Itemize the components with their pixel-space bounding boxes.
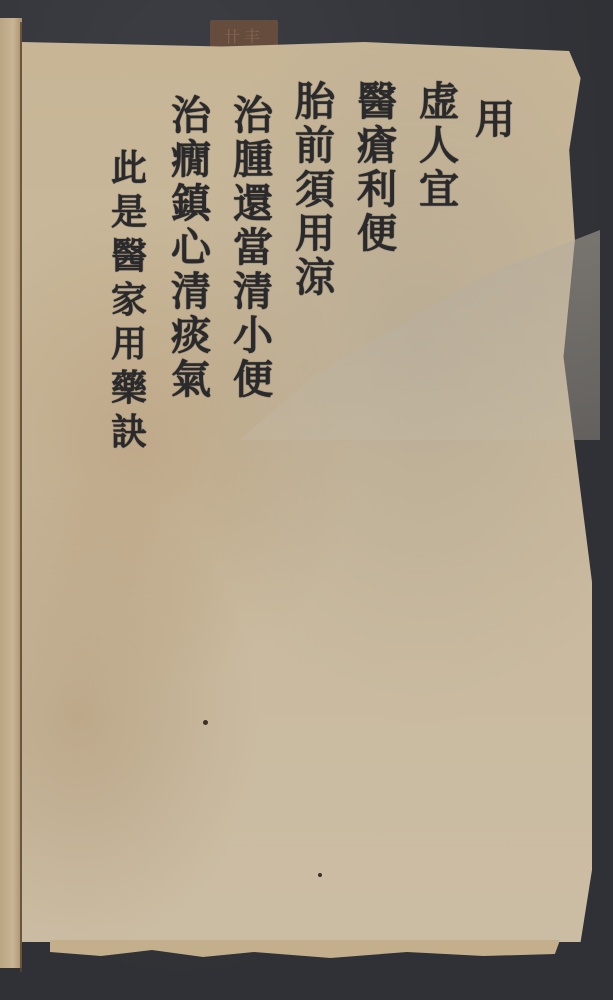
character: 藥 [111,366,147,410]
character: 還 [233,182,273,226]
text-column-3: 醫 瘡 利 便 [348,80,406,520]
character: 宜 [419,168,459,212]
character: 人 [419,124,459,168]
character: 痰 [171,314,211,358]
character: 用 [111,322,147,366]
text-column-4: 胎 前 須 用 涼 [286,80,344,520]
character: 便 [357,212,397,256]
character: 虚 [419,80,459,124]
character: 清 [171,270,211,314]
character: 胎 [295,80,335,124]
character: 是 [111,190,147,234]
character: 前 [295,124,335,168]
ink-speck [318,873,322,877]
adjacent-leaf-edge [0,18,22,968]
text-column-5: 治 腫 還 當 清 小 便 [224,94,282,520]
character: 家 [111,278,147,322]
character: 治 [233,94,273,138]
text-columns: 用 虚 人 宜 醫 瘡 利 便 胎 前 須 用 涼 治 腫 還 當 清 小 便 … [78,80,518,520]
character: 小 [233,314,273,358]
character: 腫 [233,138,273,182]
character: 當 [233,226,273,270]
character: 用 [295,212,335,256]
binding-fold-line [20,22,22,972]
text-column-6: 治 癇 鎮 心 清 痰 氣 [162,94,220,520]
text-column-7: 此 是 醫 家 用 藥 訣 [100,146,158,520]
character: 涼 [295,256,335,300]
text-column-2: 虚 人 宜 [410,80,468,520]
character: 此 [111,146,147,190]
text-column-1: 用 [472,98,518,520]
character: 鎮 [171,182,211,226]
character: 瘡 [357,124,397,168]
character: 醫 [111,234,147,278]
character: 清 [233,270,273,314]
character: 便 [233,358,273,402]
character: 醫 [357,80,397,124]
character: 須 [295,168,335,212]
character: 心 [171,226,211,270]
character: 用 [475,98,515,142]
character: 訣 [111,410,147,454]
character: 氣 [171,358,211,402]
character: 利 [357,168,397,212]
ink-speck [203,720,208,725]
character: 癇 [171,138,211,182]
character: 治 [171,94,211,138]
